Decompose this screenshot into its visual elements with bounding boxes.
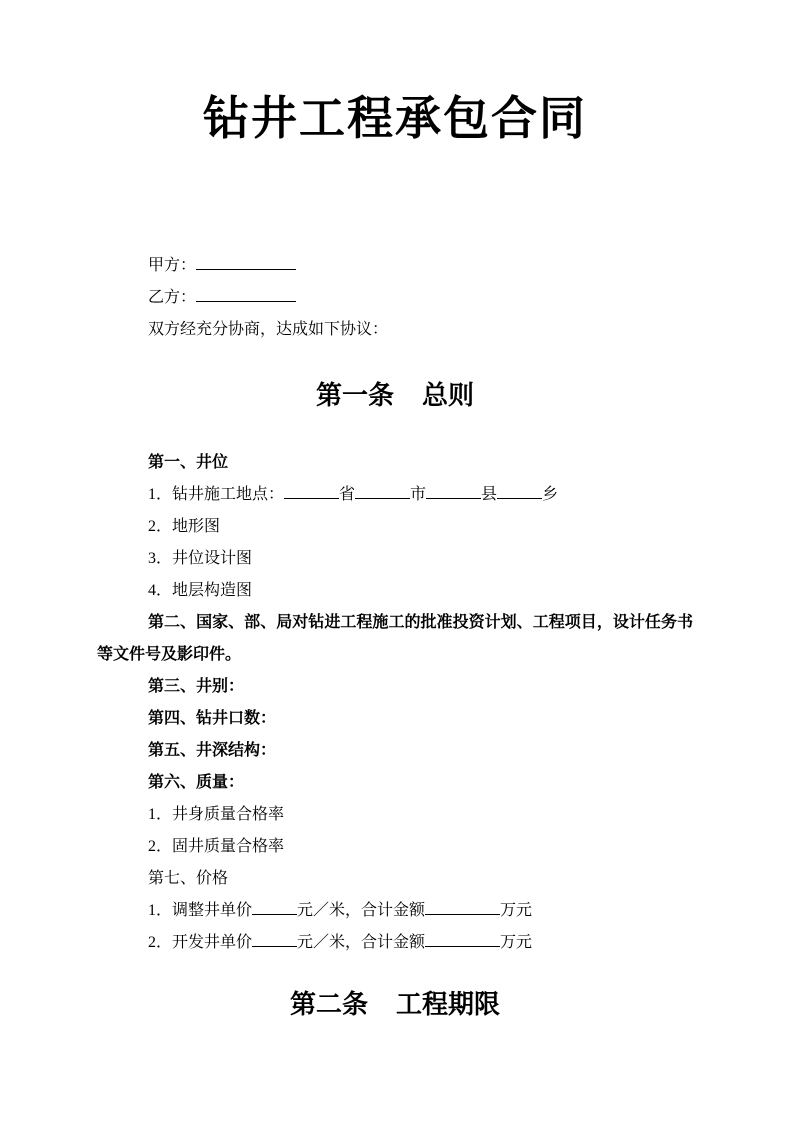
development-total-amount-blank — [425, 932, 500, 947]
article-1-number: 第一条 — [316, 381, 394, 410]
drilling-site-label: 1．钻井施工地点： — [148, 486, 284, 503]
intro-line: 双方经充分协商，达成如下协议： — [97, 314, 693, 346]
development-unit-price-blank — [252, 932, 297, 947]
county-label: 县 — [481, 486, 497, 503]
strata-structure-map-item: 4．地层构造图 — [97, 575, 693, 607]
article-1-heading: 第一条总则 — [97, 376, 693, 416]
adjustment-well-price-units: 元／米，合计金额 — [297, 902, 425, 919]
county-blank — [426, 484, 481, 499]
party-b-line: 乙方： — [97, 282, 693, 314]
party-a-label: 甲方： — [148, 257, 196, 274]
adjustment-well-price-suffix: 万元 — [500, 902, 532, 919]
wellbore-quality-item: 1．井身质量合格率 — [97, 799, 693, 831]
city-label: 市 — [410, 486, 426, 503]
township-label: 乡 — [542, 486, 558, 503]
article-2-number: 第二条 — [290, 990, 368, 1019]
article-1-body: 第一、井位 1．钻井施工地点：省市县乡 2．地形图 3．井位设计图 4．地层构造… — [97, 447, 693, 959]
province-blank — [284, 484, 339, 499]
price-clause: 第七、价格 — [97, 863, 693, 895]
township-blank — [497, 484, 542, 499]
party-b-label: 乙方： — [148, 289, 196, 306]
development-well-price-item: 2．开发井单价元／米，合计金额万元 — [97, 927, 693, 959]
party-b-blank — [196, 287, 296, 302]
well-design-map-item: 3．井位设计图 — [97, 543, 693, 575]
city-blank — [355, 484, 410, 499]
well-type-clause: 第三、井别： — [97, 671, 693, 703]
adjustment-well-price-item: 1．调整井单价元／米，合计金额万元 — [97, 895, 693, 927]
clause-well-location: 第一、井位 — [97, 447, 693, 479]
well-depth-structure-clause: 第五、井深结构： — [97, 735, 693, 767]
adjustment-total-amount-blank — [425, 900, 500, 915]
cementing-quality-item: 2．固井质量合格率 — [97, 831, 693, 863]
quality-clause: 第六、质量： — [97, 767, 693, 799]
document-title: 钻井工程承包合同 — [97, 84, 693, 153]
drilling-site-line: 1．钻井施工地点：省市县乡 — [97, 479, 693, 511]
adjustment-unit-price-blank — [252, 900, 297, 915]
development-well-price-label: 2．开发井单价 — [148, 934, 252, 951]
article-2-title: 工程期限 — [396, 990, 500, 1019]
development-well-price-suffix: 万元 — [500, 934, 532, 951]
article-1-title: 总则 — [422, 381, 474, 410]
party-a-blank — [196, 255, 296, 270]
party-a-line: 甲方： — [97, 250, 693, 282]
approval-documents-clause: 第二、国家、部、局对钻进工程施工的批准投资计划、工程项目，设计任务书等文件号及影… — [97, 607, 693, 671]
terrain-map-item: 2．地形图 — [97, 511, 693, 543]
adjustment-well-price-label: 1．调整井单价 — [148, 902, 252, 919]
province-label: 省 — [339, 486, 355, 503]
party-block: 甲方： 乙方： 双方经充分协商，达成如下协议： — [97, 250, 693, 346]
article-2-heading: 第二条工程期限 — [97, 985, 693, 1025]
well-count-clause: 第四、钻井口数： — [97, 703, 693, 735]
contract-page: 钻井工程承包合同 甲方： 乙方： 双方经充分协商，达成如下协议： 第一条总则 第… — [0, 0, 793, 1122]
development-well-price-units: 元／米，合计金额 — [297, 934, 425, 951]
